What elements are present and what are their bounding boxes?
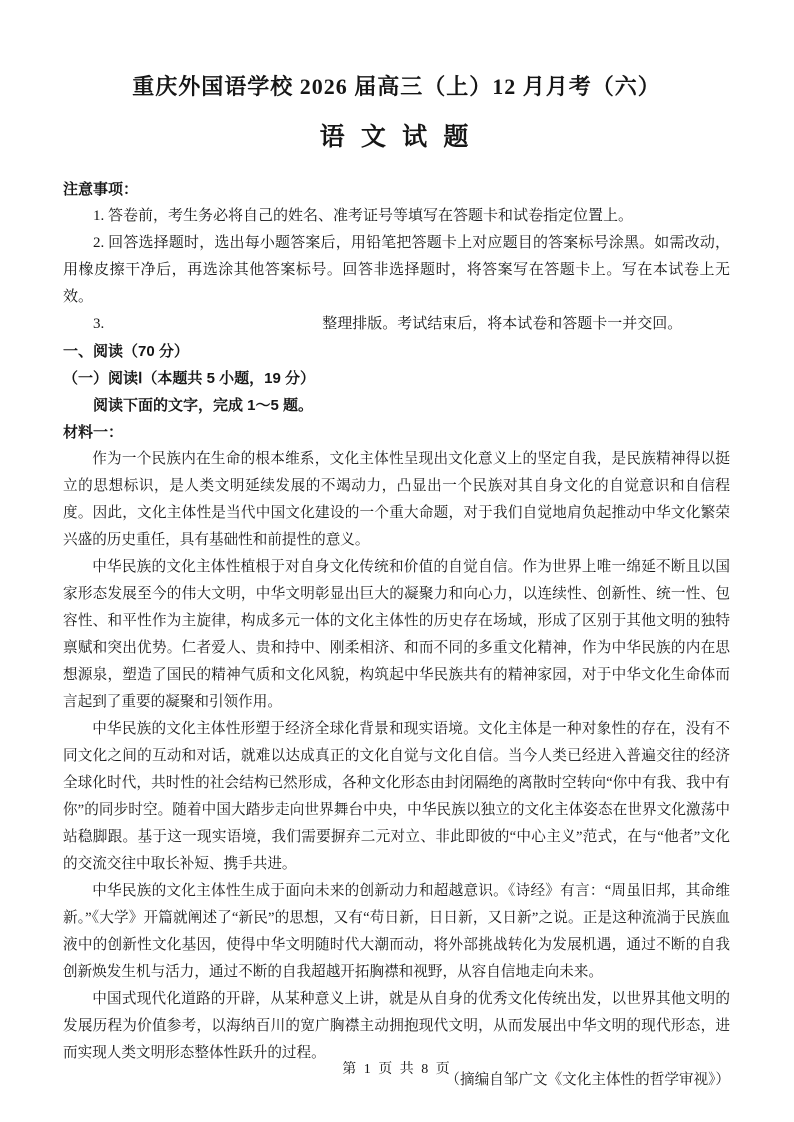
section-heading-reading: 一、阅读（70 分） bbox=[63, 338, 730, 365]
material-paragraph-1: 作为一个民族内在生命的根本维系，文化主体性呈现出文化意义上的坚定自我，是民族精神… bbox=[63, 446, 730, 554]
exam-title: 重庆外国语学校 2026 届高三（上）12 月月考（六） bbox=[63, 70, 730, 104]
notice-item-3-text: 整理排版。考试结束后，将本试卷和答题卡一并交回。 bbox=[322, 316, 682, 332]
page-number-footer: 第 1 页 共 8 页 bbox=[0, 1058, 794, 1078]
subsection-heading-reading-1: （一）阅读Ⅰ（本题共 5 小题，19 分） bbox=[63, 365, 730, 392]
notice-item-1: 1. 答卷前，考生务必将自己的姓名、准考证号等填写在答题卡和试卷指定位置上。 bbox=[63, 203, 730, 230]
notice-section: 注意事项： 1. 答卷前，考生务必将自己的姓名、准考证号等填写在答题卡和试卷指定… bbox=[63, 176, 730, 338]
material-paragraph-3: 中华民族的文化主体性形塑于经济全球化背景和现实语境。文化主体是一种对象性的存在，… bbox=[63, 716, 730, 878]
material-paragraph-2: 中华民族的文化主体性植根于对自身文化传统和价值的自觉自信。作为世界上唯一绵延不断… bbox=[63, 554, 730, 716]
material-paragraph-4: 中华民族的文化主体性生成于面向未来的创新动力和超越意识。《诗经》有言：“周虽旧邦… bbox=[63, 878, 730, 986]
material-paragraph-5: 中国式现代化道路的开辟，从某种意义上讲，就是从自身的优秀文化传统出发，以世界其他… bbox=[63, 986, 730, 1067]
notice-item-3-number: 3. bbox=[93, 316, 104, 332]
notice-item-3: 3.整理排版。考试结束后，将本试卷和答题卡一并交回。 bbox=[63, 311, 730, 338]
reading-instruction: 阅读下面的文字，完成 1～5 题。 bbox=[63, 392, 730, 419]
notice-heading: 注意事项： bbox=[63, 176, 730, 203]
exam-paper-page: 重庆外国语学校 2026 届高三（上）12 月月考（六） 语 文 试 题 注意事… bbox=[0, 0, 794, 1122]
paper-subject-title: 语 文 试 题 bbox=[63, 120, 730, 156]
material-one-label: 材料一： bbox=[63, 419, 730, 446]
notice-item-2: 2. 回答选择题时，选出每小题答案后，用铅笔把答题卡上对应题目的答案标号涂黑。如… bbox=[63, 230, 730, 311]
